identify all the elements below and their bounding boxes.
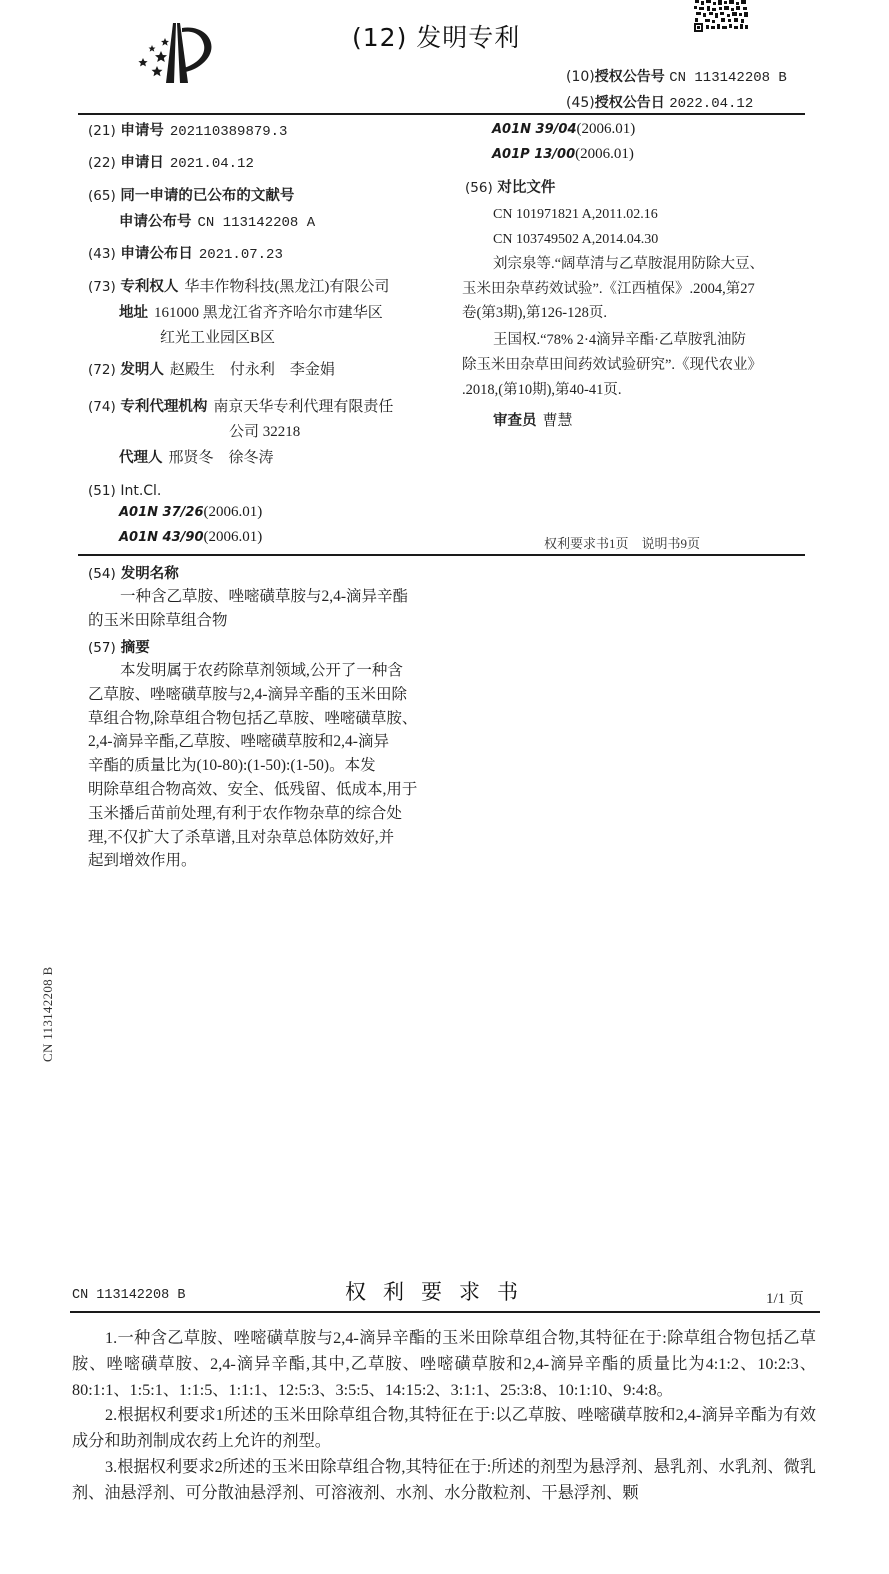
abstract-line: 乙草胺、唑嘧磺草胺与2,4-滴异辛酯的玉米田除 [88,683,438,707]
grant-publication-number: (10)授权公告号 CN 113142208 B [566,66,787,86]
reference-3-line3: 卷(第3期),第126-128页. [462,302,607,325]
grant-pub-no-label: 授权公告号 [595,69,665,85]
field-same-application-docs: (65) 同一申请的已公布的文献号 [88,186,294,206]
grant-pub-no-code: (10) [566,69,595,85]
field-code: (22) [88,155,116,171]
abstract-line: 本发明属于农药除草剂领域,公开了一种含 [88,659,438,683]
field-code: (57) [88,640,116,656]
claims-page-number: 1/1 页 [766,1287,804,1308]
field-label: 发明名称 [121,566,179,582]
claims-doc-id: CN 113142208 B [72,1288,185,1303]
abstract-body: 本发明属于农药除草剂领域,公开了一种含 乙草胺、唑嘧磺草胺与2,4-滴异辛酯的玉… [88,659,438,873]
field-label: 申请日 [120,155,164,171]
abstract-line: 理,不仅扩大了杀草谱,且对杂草总体防效好,并 [88,826,438,850]
ipc-class: A01N 43/90 [119,530,204,545]
field-value: 赵殿生 付永利 李金娟 [170,362,335,378]
reference-4-line2: 除玉米田杂草田间药效试验研究”.《现代农业》 [462,354,762,377]
ipc-class: A01N 39/04 [492,122,577,137]
abstract-line: 玉米播后苗前处理,有利于农作物杂草的综合处 [88,802,438,826]
field-code: (51) [88,483,116,499]
field-label: 专利权人 [120,279,178,295]
abstract-line: 辛酯的质量比为(10-80):(1-50):(1-50)。本发 [88,754,438,778]
field-label: 申请公布日 [120,246,193,262]
field-label: 申请号 [120,123,164,139]
claim-1: 1.一种含乙草胺、唑嘧磺草胺与2,4-滴异辛酯的玉米田除草组合物,其特征在于:除… [72,1326,816,1403]
field-label: 申请公布号 [119,214,192,230]
field-code: (21) [88,123,116,139]
field-value: 2021.07.23 [199,247,283,263]
claim-2: 2.根据权利要求1所述的玉米田除草组合物,其特征在于:以乙草胺、唑嘧磺草胺和2,… [72,1403,816,1455]
invention-title-line1: 一种含乙草胺、唑嘧磺草胺与2,4-滴异辛酯 [120,585,408,609]
abstract-line: 起到增效作用。 [88,849,438,873]
field-label: 代理人 [119,450,163,466]
side-document-id: CN 113142208 B [40,967,56,1062]
cnipa-emblem-icon [128,18,218,88]
grant-pub-date-value: 2022.04.12 [669,96,753,112]
section-rule [78,554,805,556]
reference-4-line1: 王国权.“78% 2·4滴异辛酯·乙草胺乳油防 [493,329,746,352]
ipc-class-item: A01P 13/00(2006.01) [492,146,634,163]
ipc-version: (2006.01) [577,121,636,137]
grant-pub-no-value: CN 113142208 B [669,70,787,86]
field-value: 公司 32218 [229,424,300,440]
page-count: 权利要求书1页 说明书9页 [544,533,700,552]
field-label: 专利代理机构 [120,399,207,415]
reference-3-line2: 玉米田杂草药效试验”.《江西植保》.2004,第27 [462,278,755,301]
ipc-class: A01P 13/00 [492,147,575,162]
field-application-pub-date: (43) 申请公布日2021.07.23 [88,244,283,265]
field-references: (56) 对比文件 [465,178,555,198]
invention-title-heading: (54) 发明名称 [88,562,179,583]
field-value: 南京天华专利代理有限责任 [213,399,393,415]
field-address-line2: 红光工业园区B区 [160,328,275,348]
field-value: CN 113142208 A [198,215,316,231]
ipc-class-item: A01N 43/90(2006.01) [119,529,262,546]
field-code: (54) [88,566,116,582]
field-label: 同一申请的已公布的文献号 [120,188,294,204]
field-code: (43) [88,246,116,262]
ipc-class-item: A01N 37/26(2006.01) [119,504,262,521]
field-label: 审查员 [493,413,537,429]
ipc-version: (2006.01) [575,146,634,162]
field-value: 曹慧 [543,413,573,429]
field-code: (73) [88,279,116,295]
field-inventors: (72) 发明人赵殿生 付永利 李金娟 [88,360,335,380]
field-int-cl: (51) Int.Cl. [88,481,161,501]
reference-3-line1: 刘宗泉等.“阔草清与乙草胺混用防除大豆、 [493,253,764,276]
field-code: (74) [88,399,116,415]
field-value: 华丰作物科技(黑龙江)有限公司 [184,279,389,295]
grant-pub-date-code: (45) [566,95,595,111]
ipc-class: A01N 37/26 [119,505,204,520]
ipc-version: (2006.01) [204,529,263,545]
abstract-heading: (57) 摘要 [88,636,150,657]
field-value: 邢贤冬 徐冬涛 [169,450,274,466]
ipc-class-item: A01N 39/04(2006.01) [492,121,635,138]
reference-4-line3: .2018,(第10期),第40-41页. [462,379,622,402]
field-label: Int.Cl. [120,483,161,499]
qr-code-icon[interactable] [693,0,750,32]
abstract-line: 草组合物,除草组合物包括乙草胺、唑嘧磺草胺、 [88,707,438,731]
grant-pub-date-label: 授权公告日 [595,95,665,111]
invention-title-line2: 的玉米田除草组合物 [88,609,228,633]
abstract-line: 2,4-滴异辛酯,乙草胺、唑嘧磺草胺和2,4-滴异 [88,730,438,754]
document-type-title: (12) 发明专利 [352,18,520,54]
cnipa-logo [128,18,218,88]
claim-3: 3.根据权利要求2所述的玉米田除草组合物,其特征在于:所述的剂型为悬浮剂、悬乳剂… [72,1455,816,1507]
field-application-date: (22) 申请日2021.04.12 [88,153,254,174]
claims-header-rule [70,1311,820,1313]
field-label: 摘要 [121,640,150,656]
field-label: 对比文件 [497,180,555,196]
field-patent-agency: (74) 专利代理机构南京天华专利代理有限责任 [88,397,393,417]
field-examiner: 审查员曹慧 [493,411,573,431]
field-value: 202110389879.3 [170,124,288,140]
field-application-number: (21) 申请号202110389879.3 [88,121,287,142]
reference-1: CN 101971821 A,2011.02.16 [493,203,658,226]
field-label: 发明人 [120,362,164,378]
field-patent-agency-line2: 公司 32218 [229,422,300,442]
field-patentee: (73) 专利权人华丰作物科技(黑龙江)有限公司 [88,277,389,297]
field-application-pub-number: 申请公布号CN 113142208 A [119,212,315,233]
abstract-line: 明除草组合物高效、安全、低残留、低成本,用于 [88,778,438,802]
field-value: 161000 黑龙江省齐齐哈尔市建华区 [154,305,383,321]
header-rule [78,113,805,115]
field-code: (72) [88,362,116,378]
field-label: 地址 [119,305,148,321]
claims-body: 1.一种含乙草胺、唑嘧磺草胺与2,4-滴异辛酯的玉米田除草组合物,其特征在于:除… [72,1326,816,1507]
field-code: (65) [88,188,116,204]
field-agent: 代理人邢贤冬 徐冬涛 [119,448,274,468]
field-code: (56) [465,180,493,196]
ipc-version: (2006.01) [204,504,263,520]
grant-publication-date: (45)授权公告日 2022.04.12 [566,92,753,112]
field-value: 红光工业园区B区 [160,330,275,346]
claims-title: 权利要求书 [345,1276,535,1306]
field-address: 地址161000 黑龙江省齐齐哈尔市建华区 [119,303,383,323]
reference-2: CN 103749502 A,2014.04.30 [493,228,658,251]
field-value: 2021.04.12 [170,156,254,172]
